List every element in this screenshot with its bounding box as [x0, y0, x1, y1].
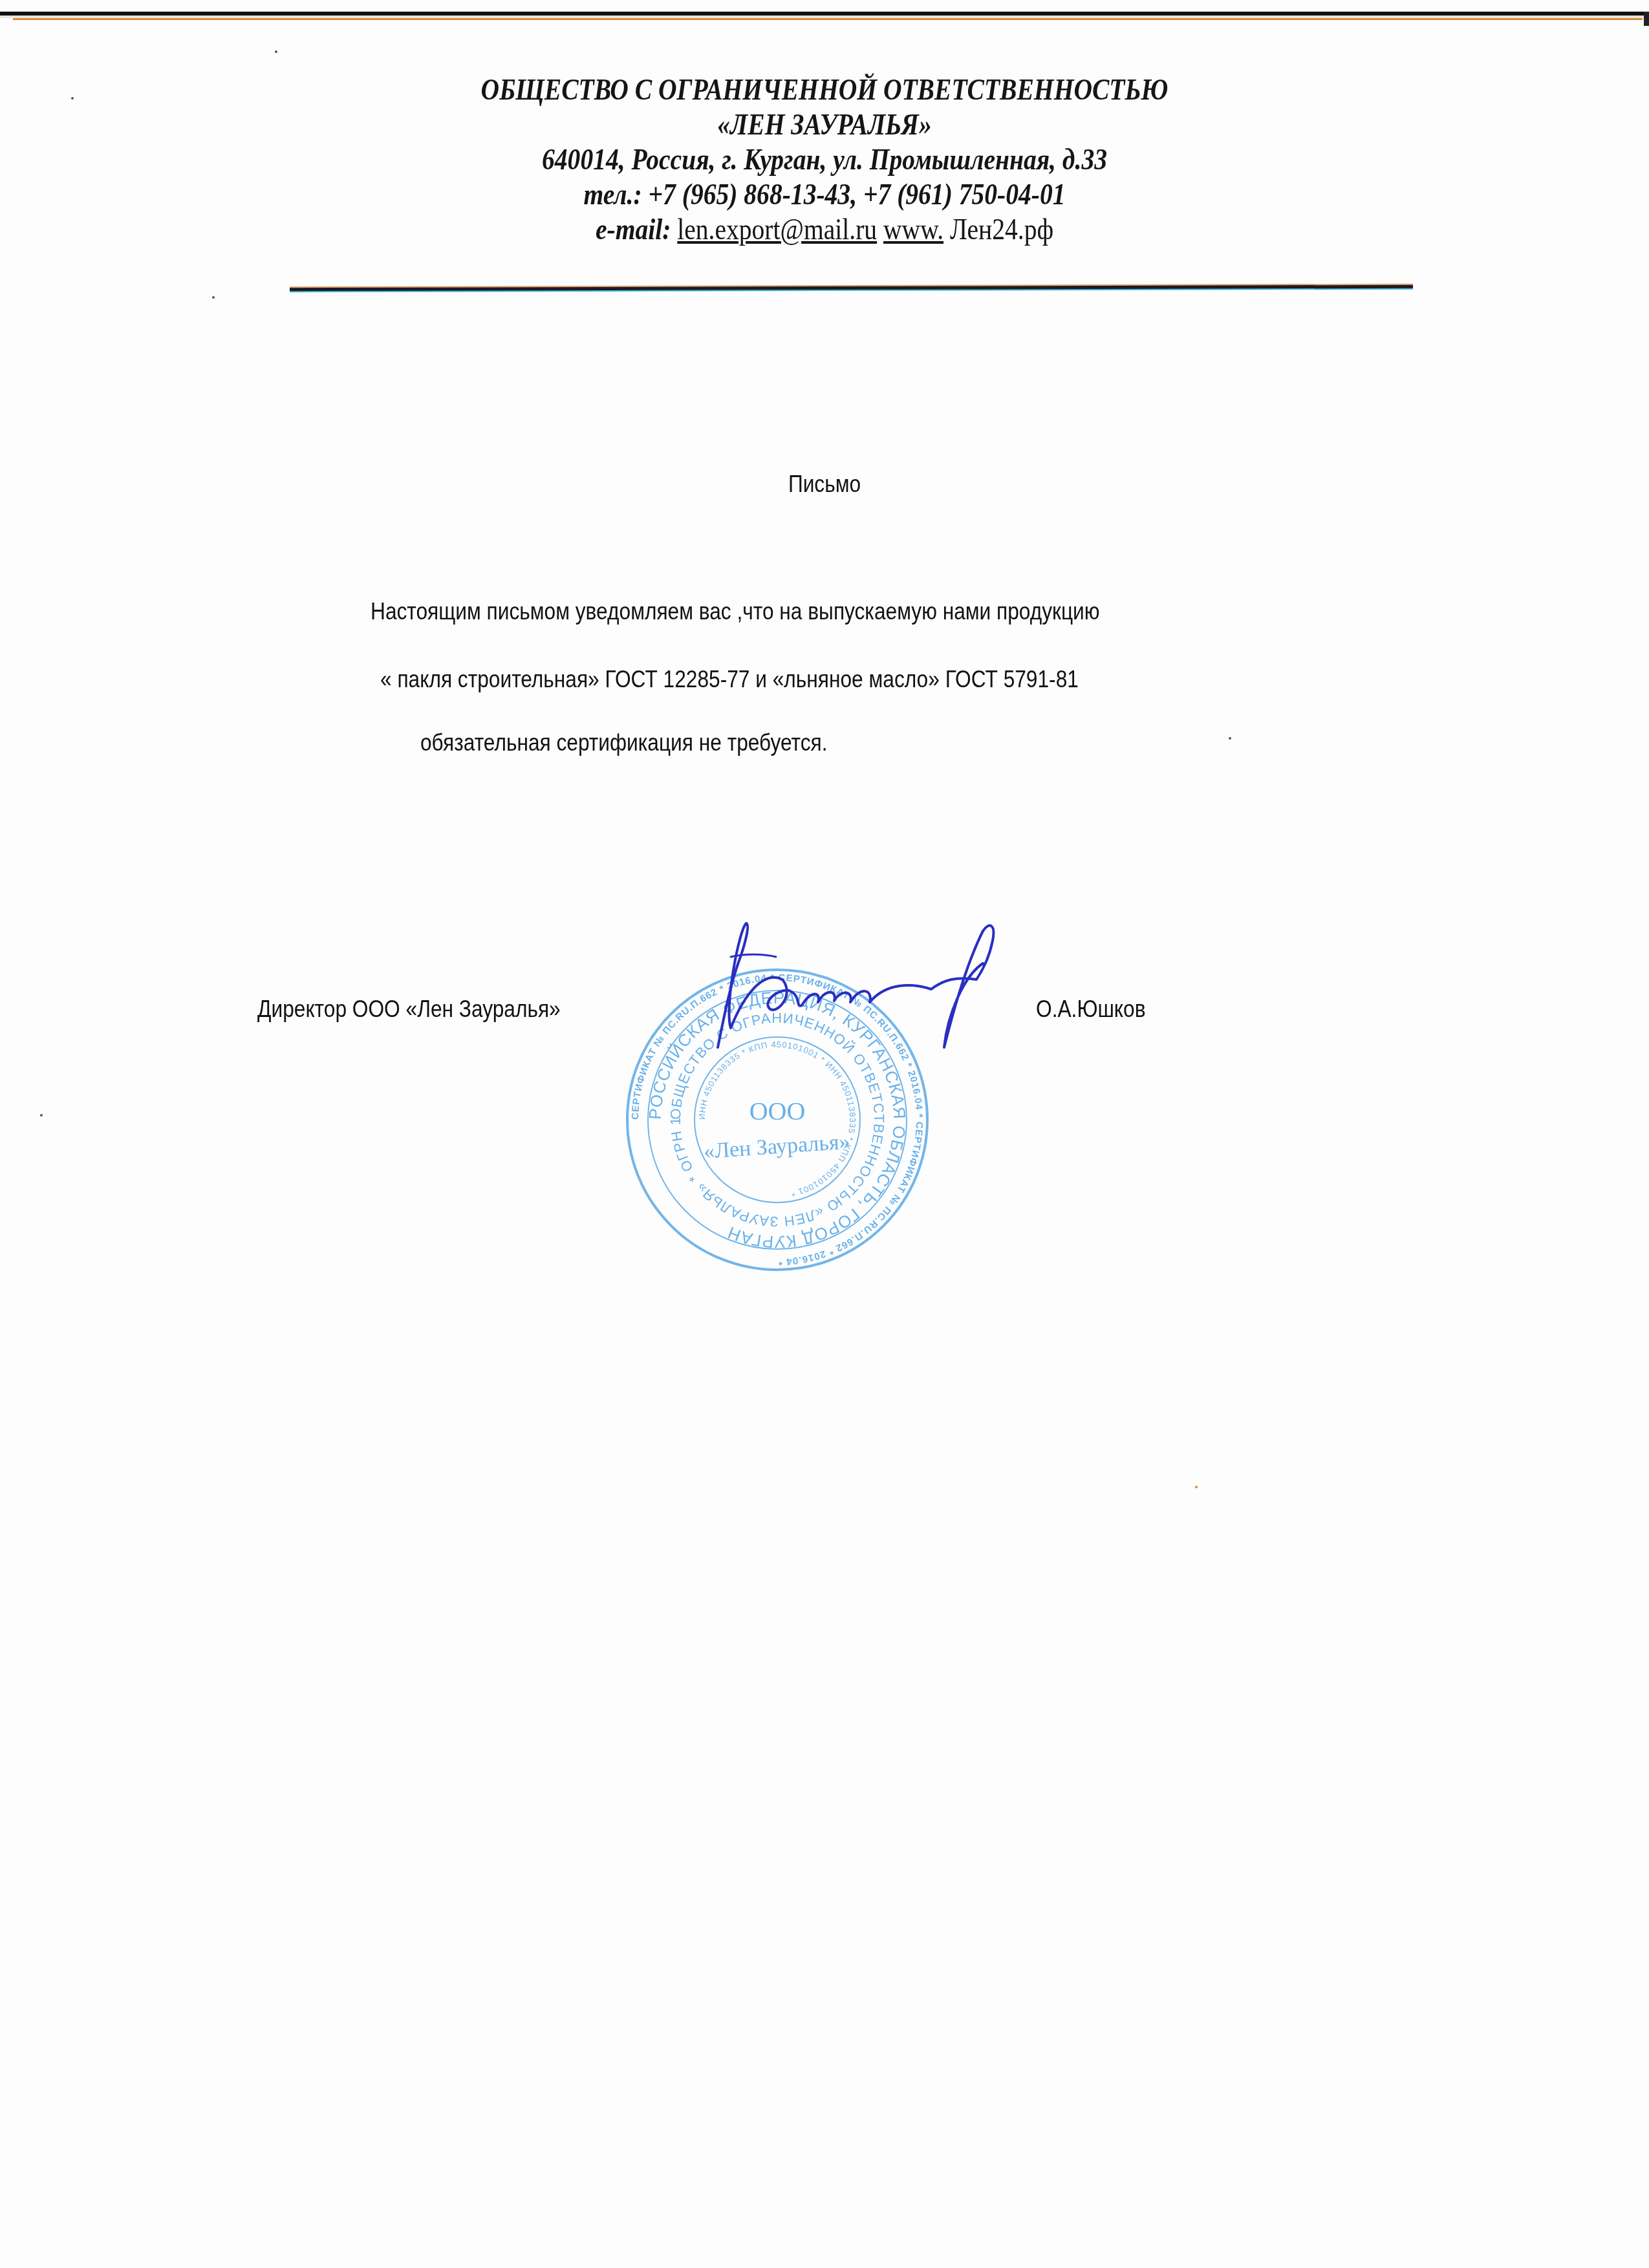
scan-speck [71, 97, 74, 100]
scan-edge-right [1644, 12, 1649, 26]
svg-text:«Лен Зауралья»: «Лен Зауралья» [703, 1129, 851, 1164]
email-link[interactable]: len.export@mail.ru [677, 213, 877, 246]
body-line-3: обязательная сертификация не требуется. [420, 729, 828, 756]
scan-speck [1229, 737, 1231, 740]
company-address: 640014, Россия, г. Курган, ул. Промышлен… [116, 142, 1534, 177]
company-contacts: e-mail: len.export@mail.ru www. Лен24.рф [116, 212, 1534, 247]
scan-speck [40, 1114, 43, 1117]
letterhead-divider [290, 285, 1413, 292]
website-text: Лен24.рф [950, 213, 1053, 246]
company-phones: тел.: +7 (965) 868-13-43, +7 (961) 750-0… [116, 177, 1534, 212]
svg-text:ООО: ООО [749, 1097, 806, 1126]
company-brand: «ЛЕН ЗАУРАЛЬЯ» [116, 107, 1534, 142]
scan-speck [212, 296, 215, 299]
signature-icon [705, 918, 1041, 1067]
scan-edge-top [0, 12, 1649, 18]
company-name: ОБЩЕСТВО С ОГРАНИЧЕННОЙ ОТВЕТСТВЕННОСТЬЮ [116, 72, 1534, 107]
letterhead: ОБЩЕСТВО С ОГРАНИЧЕННОЙ ОТВЕТСТВЕННОСТЬЮ… [116, 72, 1534, 247]
body-line-2: « пакля строительная» ГОСТ 12285-77 и «л… [380, 666, 1079, 693]
signatory-name: О.А.Юшков [1036, 996, 1145, 1023]
www-link[interactable]: www. [883, 213, 943, 246]
scan-speck [275, 50, 277, 53]
body-line-1: Настоящим письмом уведомляем вас ,что на… [371, 598, 1100, 625]
scan-speck [1195, 1486, 1198, 1488]
letter-title: Письмо [99, 471, 1550, 498]
scan-edge-line [13, 18, 1643, 20]
signatory-position: Директор ООО «Лен Зауралья» [257, 996, 561, 1023]
email-label: e-mail: [596, 213, 671, 246]
